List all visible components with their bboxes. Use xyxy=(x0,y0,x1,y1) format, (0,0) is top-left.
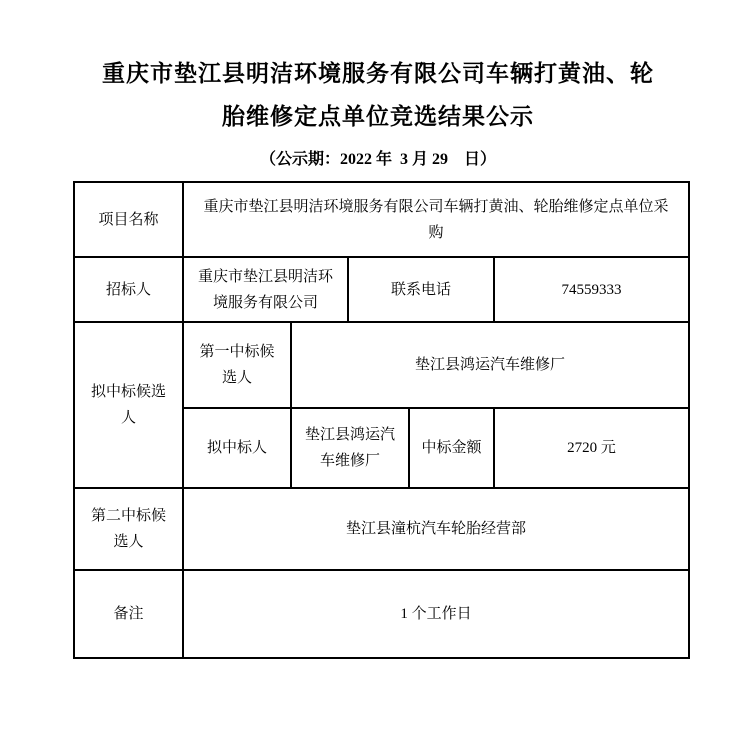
first-candidate-row: 拟中标候选 人 第一中标候 选人 垫江县鸿运汽车维修厂 xyxy=(74,322,689,408)
remark-row: 备注 1 个工作日 xyxy=(74,570,689,658)
document-title-line1: 重庆市垫江县明洁环境服务有限公司车辆打黄油、轮 xyxy=(0,52,756,95)
tenderee-value: 重庆市垫江县明洁环 境服务有限公司 xyxy=(183,257,348,322)
project-name-value: 重庆市垫江县明洁环境服务有限公司车辆打黄油、轮胎维修定点单位采 购 xyxy=(183,182,689,257)
second-candidate-label: 第二中标候 选人 xyxy=(74,488,183,570)
publicity-period: （公示期：2022 年 3 月 29 日） xyxy=(0,146,756,169)
document-title: 重庆市垫江县明洁环境服务有限公司车辆打黄油、轮 胎维修定点单位竞选结果公示 xyxy=(0,52,756,138)
document-page: 重庆市垫江县明洁环境服务有限公司车辆打黄油、轮 胎维修定点单位竞选结果公示 （公… xyxy=(0,0,756,729)
proposed-winner-label: 拟中标人 xyxy=(183,408,291,488)
second-candidate-value: 垫江县潼杭汽车轮胎经营部 xyxy=(183,488,689,570)
project-name-label: 项目名称 xyxy=(74,182,183,257)
award-amount-label: 中标金额 xyxy=(409,408,494,488)
candidates-label: 拟中标候选 人 xyxy=(74,322,183,488)
second-candidate-row: 第二中标候 选人 垫江县潼杭汽车轮胎经营部 xyxy=(74,488,689,570)
document-title-line2: 胎维修定点单位竞选结果公示 xyxy=(0,95,756,138)
contact-phone-value: 74559333 xyxy=(494,257,689,322)
remark-value: 1 个工作日 xyxy=(183,570,689,658)
remark-label: 备注 xyxy=(74,570,183,658)
tenderee-row: 招标人 重庆市垫江县明洁环 境服务有限公司 联系电话 74559333 xyxy=(74,257,689,322)
award-amount-value: 2720 元 xyxy=(494,408,689,488)
first-candidate-value: 垫江县鸿运汽车维修厂 xyxy=(291,322,689,408)
project-name-row: 项目名称 重庆市垫江县明洁环境服务有限公司车辆打黄油、轮胎维修定点单位采 购 xyxy=(74,182,689,257)
tenderee-label: 招标人 xyxy=(74,257,183,322)
proposed-winner-value: 垫江县鸿运汽 车维修厂 xyxy=(291,408,409,488)
first-candidate-label: 第一中标候 选人 xyxy=(183,322,291,408)
bid-result-table: 项目名称 重庆市垫江县明洁环境服务有限公司车辆打黄油、轮胎维修定点单位采 购 招… xyxy=(73,181,690,659)
contact-phone-label: 联系电话 xyxy=(348,257,494,322)
